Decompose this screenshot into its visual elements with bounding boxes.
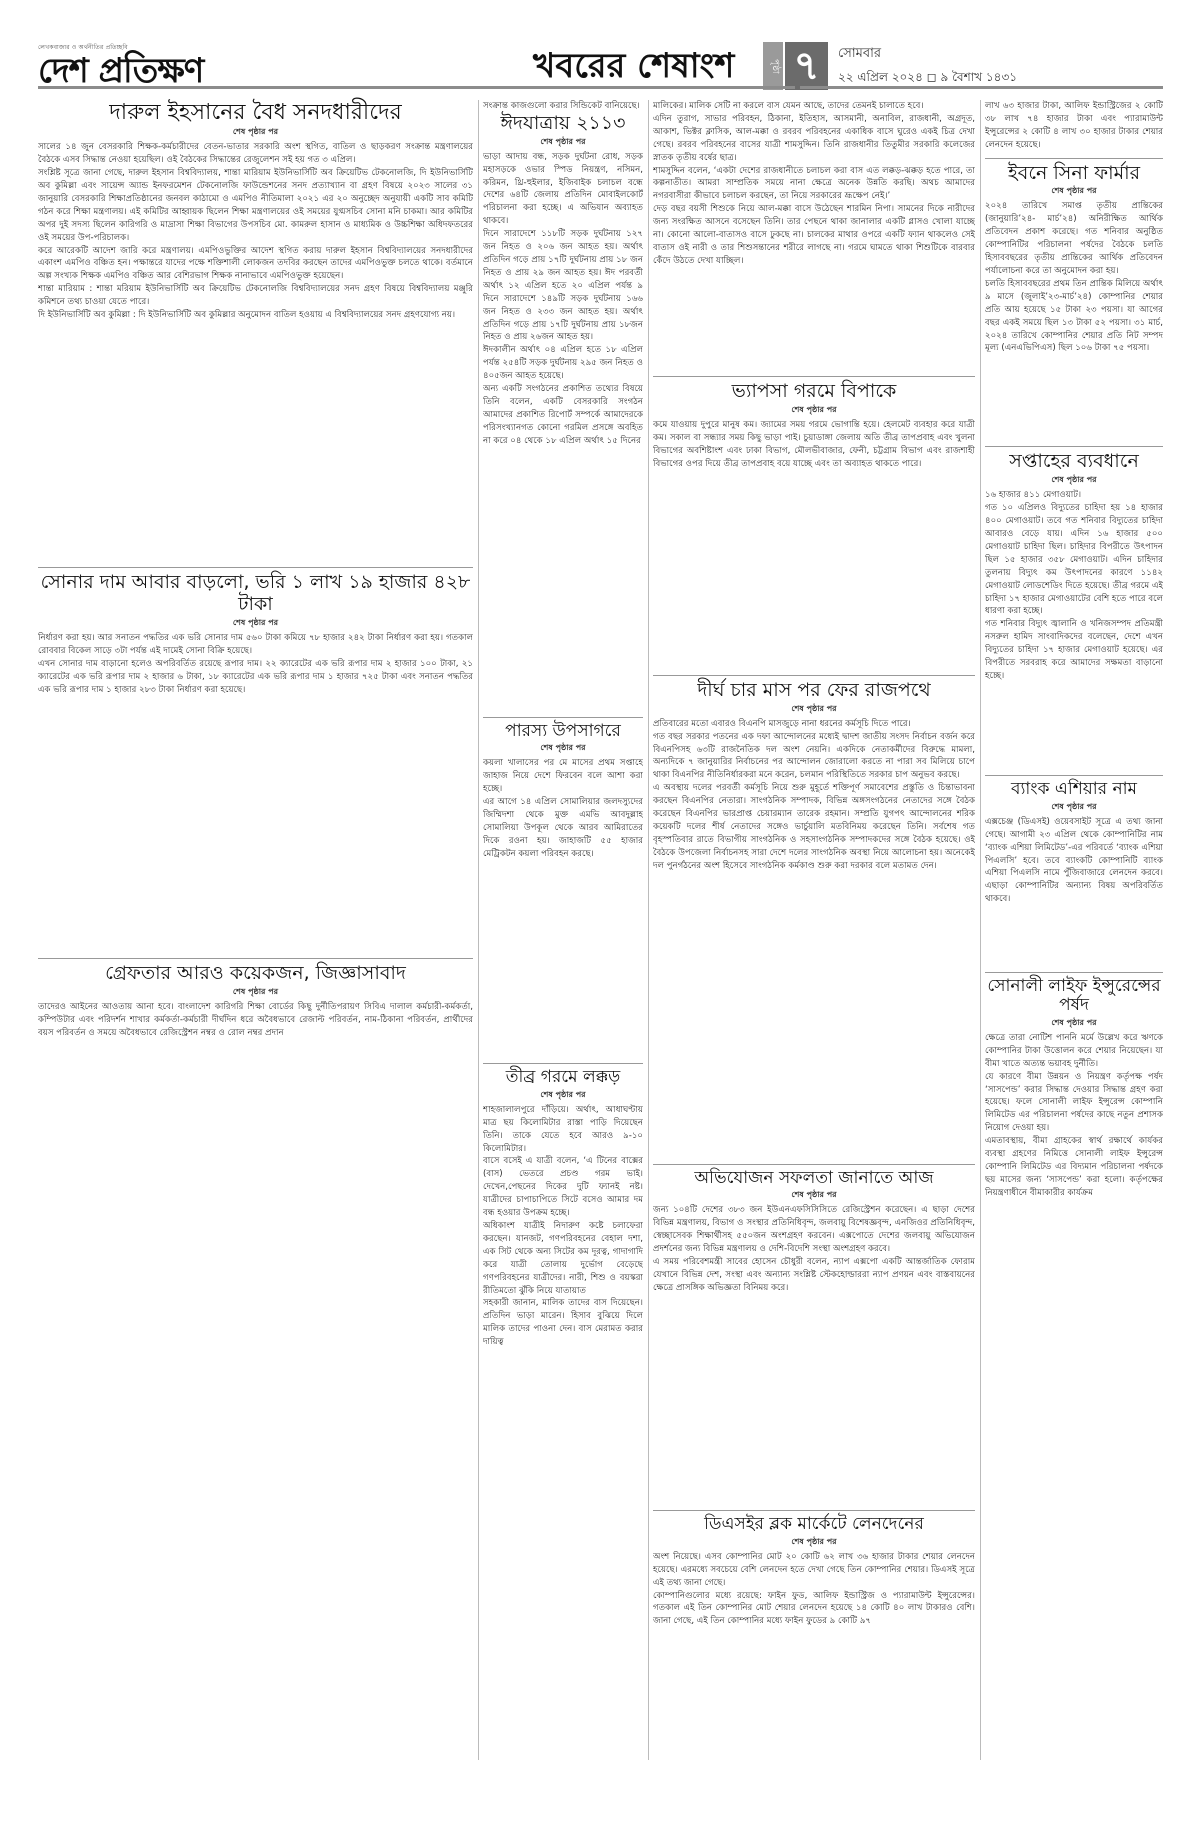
column-rule (980, 100, 981, 1760)
paragraph: ঈদকালীন অর্থাৎ ০৪ এপ্রিল হতে ১৮ এপ্রিল প… (483, 344, 643, 383)
headline[interactable]: সোনার দাম আবার বাড়লো, ভরি ১ লাখ ১৯ হাজা… (38, 572, 473, 616)
divider (483, 717, 643, 718)
paragraph: চলতি হিসাববছরের প্রথম তিন প্রান্তিক মিলি… (985, 278, 1163, 355)
divider (38, 567, 473, 568)
paragraph: জন্য ১০৪টি দেশের ৩৮৩ জন ইউএনএফসিসিসিতে র… (653, 1204, 975, 1256)
paragraph: ক্ষেত্রে তারা নোটিশ পাননি মর্মে উল্লেখ ক… (985, 1032, 1163, 1071)
logo-block: লেখকবাজার ও অর্থনীতির প্রতিচ্ছবি দেশ প্র… (38, 42, 203, 89)
article-bank-asia[interactable]: ব্যাংক এশিয়ার নাম শেষ পৃষ্ঠার পর এক্সচে… (985, 780, 1163, 966)
article-body: ১৬ হাজার ৪১১ মেগাওয়াট। গত ১০ এপ্রিলও বি… (985, 489, 1163, 769)
continued-label: শেষ পৃষ্ঠার পর (483, 742, 643, 755)
continued-label: শেষ পৃষ্ঠার পর (985, 801, 1163, 814)
article-paramount[interactable]: লাখ ৬৩ হাজার টাকা, আলিফ ইন্ডাস্ট্রিজের ২… (985, 100, 1163, 152)
paragraph: যে কারণে বীমা উন্নয়ন ও নিয়ন্ত্রণ কর্তৃ… (985, 1071, 1163, 1136)
paragraph: ভাড়া আদায় বন্ধ, সড়ক দুর্ঘটনা রোধ, সড়… (483, 151, 643, 228)
article-body: লাখ ৬৩ হাজার টাকা, আলিফ ইন্ডাস্ট্রিজের ২… (985, 100, 1163, 152)
article-heat-rising[interactable]: ভ্যাপসা গরমে বিপাকে শেষ পৃষ্ঠার পর কমে য… (653, 381, 975, 669)
article-eid-travel[interactable]: ঈদযাত্রায় ২১১৩ শেষ পৃষ্ঠার পর ভাড়া আদা… (483, 113, 643, 711)
paragraph: কমে যাওয়ায় দুপুরে মানুষ কম। জ্যামের সম… (653, 419, 975, 471)
masthead: লেখকবাজার ও অর্থনীতির প্রতিচ্ছবি দেশ প্র… (38, 40, 1163, 90)
article-body: ২০২৪ তারিখে সমাপ্ত তৃতীয় প্রান্তিকের (জ… (985, 200, 1163, 440)
column-b: সংক্রান্ত কাজগুলো করার সিন্ডিকেট বানিয়ে… (483, 100, 643, 1750)
article-persian-gulf[interactable]: পারস্য উপসাগরে শেষ পৃষ্ঠার পর কয়লা খালা… (483, 722, 643, 1058)
paragraph: দেড় বছর বয়সী শিশুকে নিয়ে আল-মক্কা বাস… (653, 203, 975, 268)
headline[interactable]: অভিযোজন সফলতা জানাতে আজ (653, 1169, 975, 1189)
newspaper-logo[interactable]: দেশ প্রতিক্ষণ (38, 53, 203, 89)
divider (653, 376, 975, 377)
page-label: পৃষ্ঠা (763, 42, 783, 90)
article-ibn-sina[interactable]: ইবনে সিনা ফার্মার শেষ পৃষ্ঠার পর ২০২৪ তা… (985, 163, 1163, 441)
divider (483, 1063, 643, 1064)
paragraph: সালের ১৪ জুন বেসরকারি শিক্ষক-কর্মচারীদের… (38, 141, 473, 167)
continued-label: শেষ পৃষ্ঠার পর (38, 126, 473, 139)
continued-label: শেষ পৃষ্ঠার পর (653, 703, 975, 716)
dateline: সোমবার ২২ এপ্রিল ২০২৪ ◻ ৯ বৈশাখ ১৪৩১ (838, 44, 1017, 89)
divider (653, 675, 975, 676)
paragraph: দি ইউনিভার্সিটি অব কুমিল্লা : দি ইউনিভার… (38, 309, 473, 322)
article-body: অংশ নিয়েছে। এসব কোম্পানির মোট ২০ কোটি ৬… (653, 1551, 975, 1651)
paragraph: ১৬ হাজার ৪১১ মেগাওয়াট। (985, 489, 1163, 502)
divider (985, 446, 1163, 447)
article-body: নির্ধারণ করা হয়। আর সনাতন পদ্ধতির এক ভর… (38, 632, 473, 952)
paragraph: কয়লা খালাসের পর মে মাসের প্রথম সপ্তাহে … (483, 757, 643, 796)
article-body: সালের ১৪ জুন বেসরকারি শিক্ষক-কর্মচারীদের… (38, 141, 473, 561)
continued-label: শেষ পৃষ্ঠার পর (985, 474, 1163, 487)
headline[interactable]: পারস্য উপসাগরে (483, 722, 643, 742)
column-rule (648, 100, 649, 1760)
paragraph: দিনে সারাদেশে ১১৮টি সড়ক দুর্ঘটনায় ১২৭ … (483, 228, 643, 344)
page-number: ৭ (785, 42, 828, 90)
headline[interactable]: ডিএসইর ব্লক মার্কেটে লেনদেনের (653, 1515, 975, 1535)
paragraph: নির্ধারণ করা হয়। আর সনাতন পদ্ধতির এক ভর… (38, 632, 473, 658)
paragraph: অন্য একটি সংগঠনের প্রকাশিত তথ্যের বিষয়ে… (483, 383, 643, 448)
column-rule (478, 100, 479, 1760)
paragraph: শামসুদ্দিন বলেন, ‘একটা দেশের রাজধানীতে চ… (653, 165, 975, 204)
weekday: সোমবার (838, 44, 1017, 65)
masthead-rule-right (800, 86, 1163, 89)
article-body: তাদেরও আইনের আওতায় আনা হবে। বাংলাদেশ কা… (38, 1001, 473, 1481)
continued-label: শেষ পৃষ্ঠার পর (483, 136, 643, 149)
headline[interactable]: ব্যাংক এশিয়ার নাম (985, 780, 1163, 800)
paragraph: এখন সোনার দাম বাড়ানো হলেও অপরিবর্তিত রয… (38, 658, 473, 697)
headline[interactable]: সপ্তাহের ব্যবধানে (985, 451, 1163, 473)
article-dse-block[interactable]: ডিএসইর ব্লক মার্কেটে লেনদেনের শেষ পৃষ্ঠা… (653, 1515, 975, 1651)
paragraph: এর আগে ১৪ এপ্রিল সোমালিয়ার জলদস্যুদের জ… (483, 796, 643, 861)
headline[interactable]: ভ্যাপসা গরমে বিপাকে (653, 381, 975, 403)
paragraph: এ অবস্থায় দলের পরবর্তী কর্মসূচি নিয়ে শ… (653, 782, 975, 872)
paragraph: কোম্পানিগুলোর মধ্যে রয়েছে: ফাইন ফুড, আল… (653, 1590, 975, 1629)
column-d: লাখ ৬৩ হাজার টাকা, আলিফ ইন্ডাস্ট্রিজের ২… (985, 100, 1163, 1598)
article-body: কমে যাওয়ায় দুপুরে মানুষ কম। জ্যামের সম… (653, 419, 975, 669)
continued-label: শেষ পৃষ্ঠার পর (38, 986, 473, 999)
article-arrest[interactable]: গ্রেফতার আরও কয়েকজন, জিজ্ঞাসাবাদ শেষ পৃ… (38, 963, 473, 1481)
paragraph: সহকারী জানান, মালিক তাদের বাস দিয়েছেন। … (483, 1297, 643, 1349)
continued-label: শেষ পৃষ্ঠার পর (653, 1189, 975, 1202)
divider (38, 958, 473, 959)
paragraph: মালিকের। মালিক সেটি না করলে বাস যেমন আছে… (653, 100, 975, 113)
paragraph: গত শনিবার বিদ্যুৎ জ্বালানি ও খনিজসম্পদ প… (985, 618, 1163, 683)
article-lead: সংক্রান্ত কাজগুলো করার সিন্ডিকেট বানিয়ে… (483, 100, 643, 113)
article-four-months[interactable]: দীর্ঘ চার মাস পর ফের রাজপথে শেষ পৃষ্ঠার … (653, 680, 975, 1158)
paragraph: এ সময় পরিবেশমন্ত্রী সাবের হোসেন চৌধুরী … (653, 1256, 975, 1295)
article-power-gap[interactable]: সপ্তাহের ব্যবধানে শেষ পৃষ্ঠার পর ১৬ হাজা… (985, 451, 1163, 769)
headline[interactable]: দীর্ঘ চার মাস পর ফের রাজপথে (653, 680, 975, 702)
paragraph: ২০২৪ তারিখে সমাপ্ত তৃতীয় প্রান্তিকের (জ… (985, 200, 1163, 277)
paragraph: তাদেরও আইনের আওতায় আনা হবে। বাংলাদেশ কা… (38, 1001, 473, 1040)
continued-label: শেষ পৃষ্ঠার পর (38, 617, 473, 630)
continued-label: শেষ পৃষ্ঠার পর (985, 185, 1163, 198)
divider (653, 1510, 975, 1511)
paragraph: প্রতিবারের মতো এবারও বিএনপি মাসজুড়ে নান… (653, 718, 975, 731)
article-body: জন্য ১০৪টি দেশের ৩৮৩ জন ইউএনএফসিসিসিতে র… (653, 1204, 975, 1504)
paragraph: অংশ নিয়েছে। এসব কোম্পানির মোট ২০ কোটি ৬… (653, 1551, 975, 1590)
paragraph: গত ১০ এপ্রিলও বিদ্যুতের চাহিদা হয় ১৪ হা… (985, 502, 1163, 618)
article-climate-plan[interactable]: অভিযোজন সফলতা জানাতে আজ শেষ পৃষ্ঠার পর জ… (653, 1169, 975, 1505)
paragraph: অধিকাংশ যাত্রীই নিদারুণ কষ্টে চলাফেরা কর… (483, 1220, 643, 1297)
headline[interactable]: তীব্র গরমে লক্কড় (483, 1068, 643, 1088)
article-sonali-life[interactable]: সোনালী লাইফ ইন্সুরেন্সের পর্ষদ শেষ পৃষ্ঠ… (985, 977, 1163, 1592)
paragraph: এমতাবস্থায়, বীমা গ্রাহকের স্বার্থ রক্ষা… (985, 1135, 1163, 1200)
continued-label: শেষ পৃষ্ঠার পর (653, 1536, 975, 1549)
paragraph: করে আরেকটি আদেশ জারি করে মন্ত্রণালয়। এম… (38, 245, 473, 284)
article-body: ভাড়া আদায় বন্ধ, সড়ক দুর্ঘটনা রোধ, সড়… (483, 151, 643, 711)
article-body: ক্ষেত্রে তারা নোটিশ পাননি মর্মে উল্লেখ ক… (985, 1032, 1163, 1592)
article-body: প্রতিবারের মতো এবারও বিএনপি মাসজুড়ে নান… (653, 718, 975, 1158)
paragraph: গত বছর সরকার পতনের এক দফা আন্দোলনের মধ্য… (653, 731, 975, 783)
continued-label: শেষ পৃষ্ঠার পর (985, 1017, 1163, 1030)
masthead-rule-left (38, 86, 795, 89)
article-heat-wave[interactable]: তীব্র গরমে লক্কড় শেষ পৃষ্ঠার পর শাহজালা… (483, 1068, 643, 1744)
article-body: এক্সচেঞ্জ (ডিএসই) ওয়েবসাইট সূত্রে এ তথ্… (985, 816, 1163, 966)
article-bus-owners[interactable]: মালিকের। মালিক সেটি না করলে বাস যেমন আছে… (653, 100, 975, 370)
continued-label: শেষ পৃষ্ঠার পর (483, 1089, 643, 1102)
article-body: মালিকের। মালিক সেটি না করলে বাস যেমন আছে… (653, 100, 975, 370)
divider (985, 972, 1163, 973)
headline[interactable]: ইবনে সিনা ফার্মার (985, 163, 1163, 185)
headline[interactable]: সোনালী লাইফ ইন্সুরেন্সের পর্ষদ (985, 977, 1163, 1016)
divider (985, 158, 1163, 159)
column-c: মালিকের। মালিক সেটি না করলে বাস যেমন আছে… (653, 100, 975, 1657)
divider (653, 1164, 975, 1165)
headline[interactable]: দারুল ইহসানের বৈধ সনদধারীদের (38, 100, 473, 125)
headline[interactable]: ঈদযাত্রায় ২১১৩ (483, 113, 643, 135)
article-body: শাহজালালপুরে দাঁড়িয়ে। অর্থাৎ, আধাঘণ্টা… (483, 1104, 643, 1744)
column-left: দারুল ইহসানের বৈধ সনদধারীদের শেষ পৃষ্ঠার… (38, 100, 473, 1487)
article-darul-ihsan[interactable]: দারুল ইহসানের বৈধ সনদধারীদের শেষ পৃষ্ঠার… (38, 100, 473, 561)
paragraph: সংশ্লিষ্ট সূত্রে জানা গেছে, দারুল ইহসান … (38, 167, 473, 244)
paragraph: শান্তা মারিয়াম : শান্তা মরিয়াম ইউনিভার… (38, 283, 473, 309)
paragraph: এক্সচেঞ্জ (ডিএসই) ওয়েবসাইট সূত্রে এ তথ্… (985, 816, 1163, 906)
headline[interactable]: গ্রেফতার আরও কয়েকজন, জিজ্ঞাসাবাদ (38, 963, 473, 985)
article-body: কয়লা খালাসের পর মে মাসের প্রথম সপ্তাহে … (483, 757, 643, 1057)
paragraph: বাসে বসেই এ যাত্রী বলেন, ‘এ টিনের বাক্সে… (483, 1155, 643, 1220)
paragraph: শাহজালালপুরে দাঁড়িয়ে। অর্থাৎ, আধাঘণ্টা… (483, 1104, 643, 1156)
continued-label: শেষ পৃষ্ঠার পর (653, 404, 975, 417)
divider (985, 775, 1163, 776)
paragraph: এদিন তুরাগ, সাভার পরিবহন, ঠিকানা, ইতিহাস… (653, 113, 975, 165)
section-title: খবরের শেষাংশ (533, 46, 734, 86)
article-gold-price[interactable]: সোনার দাম আবার বাড়লো, ভরি ১ লাখ ১৯ হাজা… (38, 572, 473, 952)
